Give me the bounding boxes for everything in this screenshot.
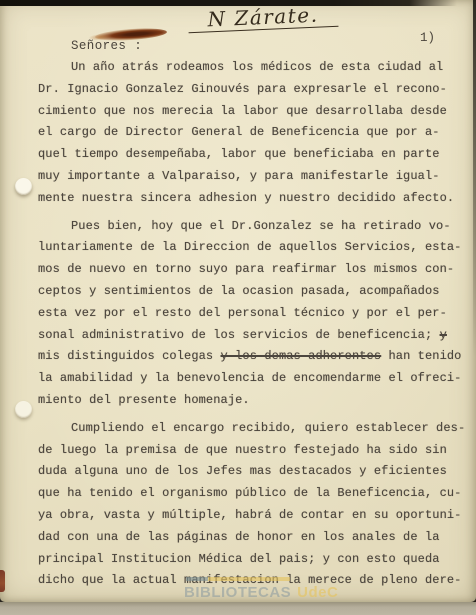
library-watermark: BIBLIOTECASUdeC bbox=[184, 577, 338, 601]
watermark-bar-yellow bbox=[208, 577, 290, 581]
page-number: 1) bbox=[420, 31, 435, 45]
watermark-library-label: BIBLIOTECAS bbox=[184, 584, 291, 601]
typed-text: sonal administrativo de los servicios de… bbox=[38, 328, 440, 342]
typed-line: ceptos y sentimientos de la ocasion pasa… bbox=[38, 281, 460, 303]
struck-text: y bbox=[440, 328, 447, 342]
typed-line: Dr. Ignacio Gonzalez Ginouvés para expre… bbox=[38, 79, 460, 101]
typed-text: principal Institucion Médica del pais; y… bbox=[38, 552, 440, 566]
typed-text: Dr. Ignacio Gonzalez Ginouvés para expre… bbox=[38, 82, 447, 96]
typed-line: luntariamente de la Direccion de aquello… bbox=[38, 237, 460, 259]
hole-punch-bottom bbox=[15, 401, 32, 418]
typed-line: cimiento que nos merecia la labor que de… bbox=[38, 101, 460, 123]
watermark-udec-label: UdeC bbox=[297, 584, 338, 601]
watermark-bar bbox=[186, 577, 290, 581]
typed-line: mente nuestra sincera adhesion y nuestro… bbox=[38, 188, 460, 210]
typed-text: ya obra, vasta y múltiple, habrá de cont… bbox=[38, 508, 461, 522]
typed-line: mis distinguidos colegas y los demas adh… bbox=[38, 346, 460, 368]
hole-punch-top bbox=[15, 178, 32, 195]
typed-line: Cumpliendo el encargo recibido, quiero e… bbox=[38, 418, 460, 440]
typed-line: ya obra, vasta y múltiple, habrá de cont… bbox=[38, 505, 460, 527]
typed-text: Un año atrás rodeamos los médicos de est… bbox=[71, 60, 443, 74]
watermark-text: BIBLIOTECASUdeC bbox=[184, 584, 338, 601]
typed-line: principal Institucion Médica del pais; y… bbox=[38, 549, 460, 571]
typed-line: dad con una de las páginas de honor en l… bbox=[38, 527, 460, 549]
typed-text: Cumpliendo el encargo recibido, quiero e… bbox=[71, 421, 465, 435]
watermark-bar-gray bbox=[186, 577, 208, 581]
typed-text: de luego la premisa de que nuestro feste… bbox=[38, 443, 447, 457]
paragraph: Cumpliendo el encargo recibido, quiero e… bbox=[38, 418, 460, 592]
typed-line: Pues bien, hoy que el Dr.Gonzalez se ha … bbox=[38, 216, 460, 238]
typed-text: mis distinguidos colegas bbox=[38, 349, 221, 363]
typed-line: de luego la premisa de que nuestro feste… bbox=[38, 440, 460, 462]
typed-text: cimiento que nos merecia la labor que de… bbox=[38, 104, 447, 118]
paragraph: Un año atrás rodeamos los médicos de est… bbox=[38, 57, 460, 210]
typed-text: muy importante a Valparaiso, y para mani… bbox=[38, 169, 440, 183]
typed-text: duda alguna uno de los Jefes mas destaca… bbox=[38, 464, 447, 478]
struck-text: y los demas adherentes bbox=[221, 349, 382, 363]
typed-text: han tenido bbox=[381, 349, 461, 363]
typed-text: el cargo de Director General de Benefice… bbox=[38, 125, 440, 139]
left-edge-red-mark bbox=[0, 570, 5, 592]
typed-text: esta vez por el resto del personal técni… bbox=[38, 306, 447, 320]
typed-line: Un año atrás rodeamos los médicos de est… bbox=[38, 57, 460, 79]
scanned-letter-page: N Zárate. 1) Señores : Un año atrás rode… bbox=[0, 0, 476, 615]
typed-line: la amabilidad y la benevolencia de encom… bbox=[38, 368, 460, 390]
typed-line: quel tiempo desempeñaba, labor que benef… bbox=[38, 144, 460, 166]
typed-text: mos de nuevo en torno suyo para reafirma… bbox=[38, 262, 454, 276]
typed-text: mente nuestra sincera adhesion y nuestro… bbox=[38, 191, 454, 205]
paragraph: Pues bien, hoy que el Dr.Gonzalez se ha … bbox=[38, 216, 460, 412]
typed-line: que ha tenido el organismo público de la… bbox=[38, 483, 460, 505]
typed-text: luntariamente de la Direccion de aquello… bbox=[38, 240, 461, 254]
typed-line: sonal administrativo de los servicios de… bbox=[38, 325, 460, 347]
scan-bottom-edge bbox=[0, 602, 476, 615]
typed-line: miento del presente homenaje. bbox=[38, 390, 460, 412]
typed-text: ceptos y sentimientos de la ocasion pasa… bbox=[38, 284, 440, 298]
typed-line: muy importante a Valparaiso, y para mani… bbox=[38, 166, 460, 188]
typed-line: esta vez por el resto del personal técni… bbox=[38, 303, 460, 325]
letter-body: Un año atrás rodeamos los médicos de est… bbox=[38, 57, 460, 598]
salutation: Señores : bbox=[71, 39, 142, 53]
typed-line: el cargo de Director General de Benefice… bbox=[38, 122, 460, 144]
typed-text: miento del presente homenaje. bbox=[38, 393, 250, 407]
typed-text: quel tiempo desempeñaba, labor que benef… bbox=[38, 147, 440, 161]
typed-text: la amabilidad y la benevolencia de encom… bbox=[38, 371, 461, 385]
typed-text: que ha tenido el organismo público de la… bbox=[38, 486, 461, 500]
typed-line: duda alguna uno de los Jefes mas destaca… bbox=[38, 461, 460, 483]
typed-text: dad con una de las páginas de honor en l… bbox=[38, 530, 440, 544]
typed-line: mos de nuevo en torno suyo para reafirma… bbox=[38, 259, 460, 281]
typed-text: Pues bien, hoy que el Dr.Gonzalez se ha … bbox=[71, 219, 451, 233]
